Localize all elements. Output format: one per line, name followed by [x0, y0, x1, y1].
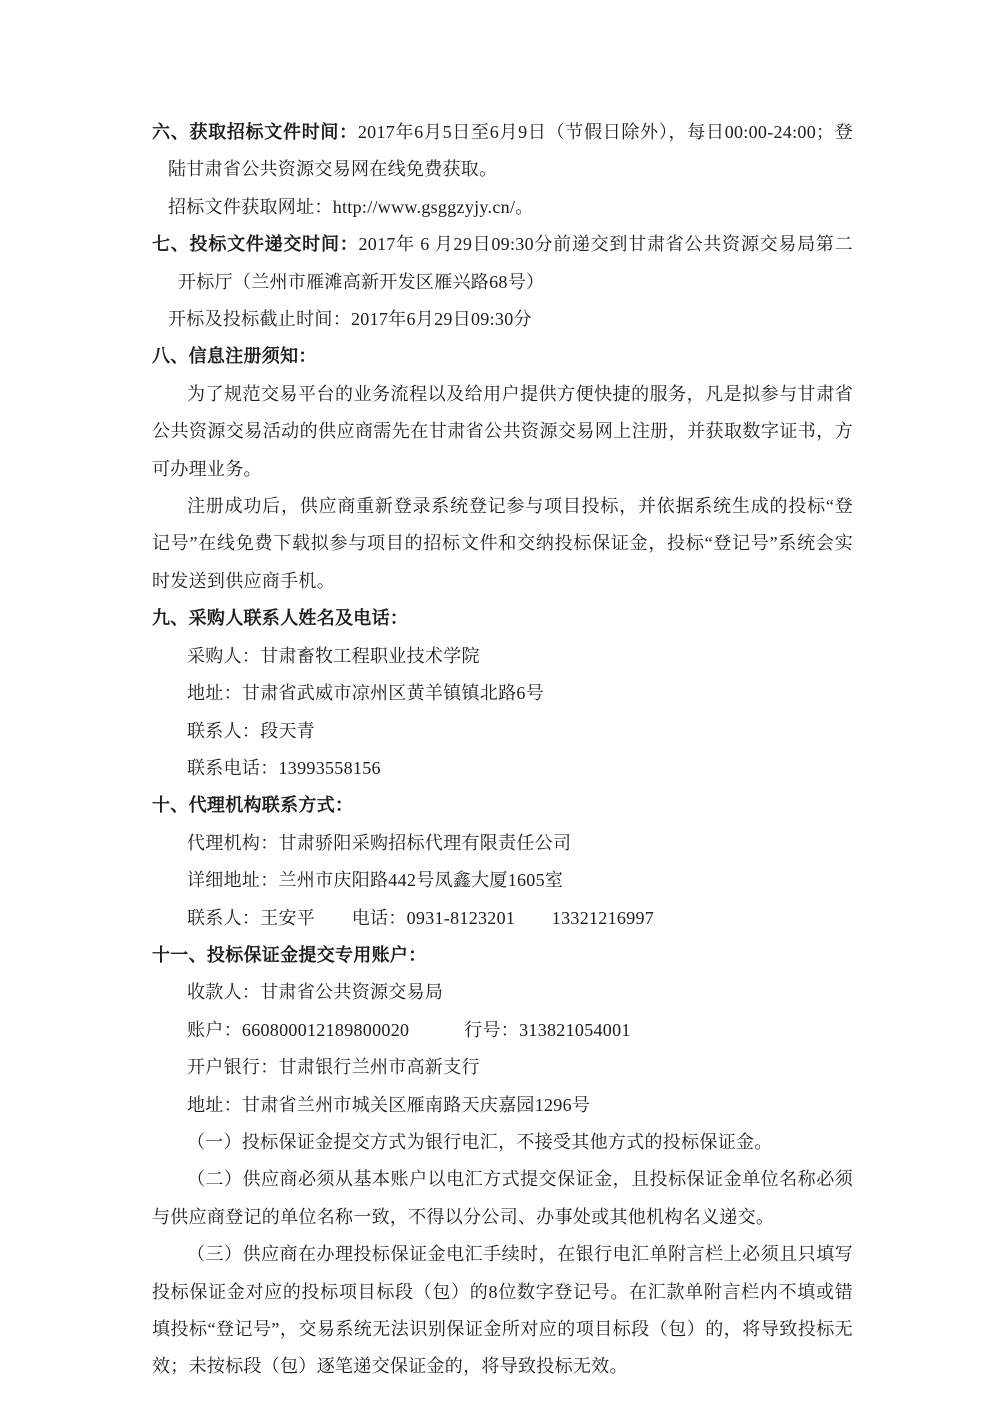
registration-notice-text-1: 为了规范交易平台的业务流程以及给用户提供方便快捷的服务，凡是拟参与甘肃省公共资源…	[152, 384, 853, 479]
agency-name-line: 代理机构：甘肃骄阳采购招标代理有限责任公司	[152, 825, 853, 862]
document-body: 六、获取招标文件时间：2017年6月5日至6月9日（节假日除外），每日00:00…	[152, 114, 853, 1386]
deposit-payee: 收款人：甘肃省公共资源交易局	[187, 982, 443, 1002]
purchaser-name-line: 采购人：甘肃畜牧工程职业技术学院	[152, 638, 853, 675]
section-9-heading: 九、采购人联系人姓名及电话：	[152, 600, 853, 637]
agency-address: 详细地址：兰州市庆阳路442号凤鑫大厦1605室	[187, 870, 563, 890]
section-10-label: 十、代理机构联系方式：	[152, 795, 353, 815]
bid-opening-deadline: 开标及投标截止时间：2017年6月29日09:30分	[168, 309, 532, 329]
section-6-heading-line: 六、获取招标文件时间：2017年6月5日至6月9日（节假日除外），每日00:00…	[152, 114, 853, 189]
agency-name: 代理机构：甘肃骄阳采购招标代理有限责任公司	[187, 833, 571, 853]
section-10-heading: 十、代理机构联系方式：	[152, 787, 853, 824]
section-6-url-line: 招标文件获取网址：http://www.gsggzyjy.cn/。	[152, 189, 853, 226]
deposit-bank-line: 开户银行：甘肃银行兰州市高新支行	[152, 1049, 853, 1086]
section-7-label: 七、投标文件递交时间：	[152, 234, 358, 254]
deposit-bank: 开户银行：甘肃银行兰州市高新支行	[187, 1057, 480, 1077]
deposit-bank-address-line: 地址：甘肃省兰州市城关区雁南路天庆嘉园1296号	[152, 1087, 853, 1124]
purchaser-contact: 联系人：段天青	[187, 721, 315, 741]
purchaser-contact-line: 联系人：段天青	[152, 713, 853, 750]
purchaser-address: 地址：甘肃省武威市凉州区黄羊镇镇北路6号	[187, 683, 544, 703]
section-8-label: 八、信息注册须知：	[152, 346, 317, 366]
section-11-heading: 十一、投标保证金提交专用账户：	[152, 937, 853, 974]
deposit-note-2-text: （二）供应商必须从基本账户以电汇方式提交保证金，且投标保证金单位名称必须与供应商…	[152, 1169, 853, 1226]
deposit-note-3: （三）供应商在办理投标保证金电汇手续时，在银行电汇单附言栏上必须且只填写投标保证…	[152, 1236, 853, 1386]
section-7-deadline-line: 开标及投标截止时间：2017年6月29日09:30分	[152, 301, 853, 338]
section-8-paragraph-2: 注册成功后，供应商重新登录系统登记参与项目投标，并依据系统生成的投标“登记号”在…	[152, 488, 853, 600]
section-9-label: 九、采购人联系人姓名及电话：	[152, 608, 408, 628]
agency-contact-phones: 联系人：王安平 电话：0931-8123201 13321216997	[187, 908, 654, 928]
deposit-note-1-text: （一）投标保证金提交方式为银行电汇，不接受其他方式的投标保证金。	[187, 1132, 773, 1152]
purchaser-phone: 联系电话：13993558156	[187, 758, 381, 778]
purchaser-address-line: 地址：甘肃省武威市凉州区黄羊镇镇北路6号	[152, 675, 853, 712]
registration-notice-text-2: 注册成功后，供应商重新登录系统登记参与项目投标，并依据系统生成的投标“登记号”在…	[152, 496, 853, 591]
section-8-paragraph-1: 为了规范交易平台的业务流程以及给用户提供方便快捷的服务，凡是拟参与甘肃省公共资源…	[152, 376, 853, 488]
deposit-note-1: （一）投标保证金提交方式为银行电汇，不接受其他方式的投标保证金。	[152, 1124, 853, 1161]
section-7-heading-line: 七、投标文件递交时间：2017年 6 月29日09:30分前递交到甘肃省公共资源…	[152, 226, 853, 301]
document-page: 六、获取招标文件时间：2017年6月5日至6月9日（节假日除外），每日00:00…	[0, 0, 1000, 1414]
section-6-label: 六、获取招标文件时间：	[152, 122, 358, 142]
tender-file-url: 招标文件获取网址：http://www.gsggzyjy.cn/。	[168, 197, 534, 217]
purchaser-name: 采购人：甘肃畜牧工程职业技术学院	[187, 646, 480, 666]
section-11-label: 十一、投标保证金提交专用账户：	[152, 945, 427, 965]
deposit-payee-line: 收款人：甘肃省公共资源交易局	[152, 974, 853, 1011]
deposit-account-line: 账户：660800012189800020 行号：313821054001	[152, 1012, 853, 1049]
section-8-heading: 八、信息注册须知：	[152, 338, 853, 375]
agency-address-line: 详细地址：兰州市庆阳路442号凤鑫大厦1605室	[152, 862, 853, 899]
deposit-note-3-text: （三）供应商在办理投标保证金电汇手续时，在银行电汇单附言栏上必须且只填写投标保证…	[152, 1244, 853, 1376]
deposit-account-numbers: 账户：660800012189800020 行号：313821054001	[187, 1020, 631, 1040]
deposit-note-2: （二）供应商必须从基本账户以电汇方式提交保证金，且投标保证金单位名称必须与供应商…	[152, 1161, 853, 1236]
deposit-bank-address: 地址：甘肃省兰州市城关区雁南路天庆嘉园1296号	[187, 1095, 590, 1115]
agency-contact-line: 联系人：王安平 电话：0931-8123201 13321216997	[152, 900, 853, 937]
purchaser-phone-line: 联系电话：13993558156	[152, 750, 853, 787]
